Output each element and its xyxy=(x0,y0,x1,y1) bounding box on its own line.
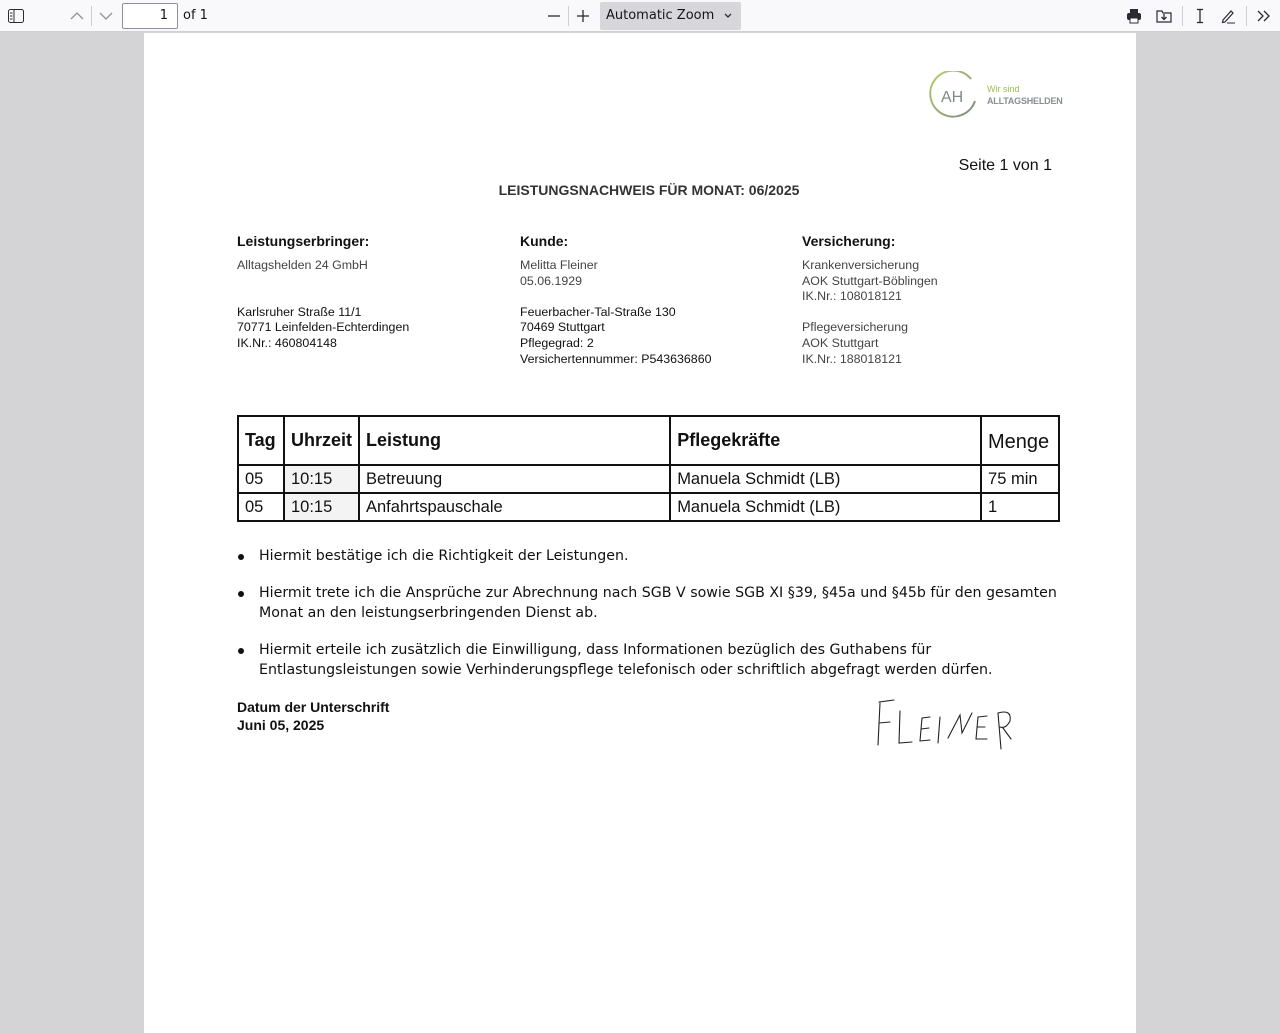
customer-name: Melitta Fleiner xyxy=(520,258,790,274)
care-insurance-name: AOK Stuttgart xyxy=(802,336,1072,352)
save-button[interactable] xyxy=(1150,3,1178,29)
pen-icon xyxy=(1220,8,1236,24)
statement-item: Hiermit trete ich die Ansprüche zur Abre… xyxy=(237,583,1067,623)
provider-city: 70771 Leinfelden-Echterdingen xyxy=(237,320,507,336)
column-header-pflegekraefte: Pflegekräfte xyxy=(670,416,981,465)
minus-icon xyxy=(547,9,561,23)
insurance-heading: Versicherung: xyxy=(802,233,1072,250)
provider-ik: IK.Nr.: 460804148 xyxy=(237,336,507,352)
plus-icon xyxy=(576,9,590,23)
provider-block: Leistungserbringer: Alltagshelden 24 Gmb… xyxy=(237,233,507,351)
customer-heading: Kunde: xyxy=(520,233,790,250)
chevron-up-icon xyxy=(70,11,84,21)
pdf-toolbar: 1 of 1 Automatic Zoom xyxy=(0,0,1280,32)
customer-care-level: Pflegegrad: 2 xyxy=(520,336,790,352)
zoom-select-value: Automatic Zoom xyxy=(606,8,714,23)
cell-leistung: Anfahrtspauschale xyxy=(359,493,670,521)
company-logo: AH Wir sind ALLTAGSHELDEN xyxy=(927,71,1067,121)
signature-date-block: Datum der Unterschrift Juni 05, 2025 xyxy=(237,698,389,734)
table-row: 05 10:15 Betreuung Manuela Schmidt (LB) … xyxy=(238,465,1059,493)
health-insurance-type: Krankenversicherung xyxy=(802,258,1072,274)
cell-leistung: Betreuung xyxy=(359,465,670,493)
services-table: Tag Uhrzeit Leistung Pflegekräfte Menge … xyxy=(237,415,1060,522)
cell-tag: 05 xyxy=(238,493,284,521)
cell-uhrzeit: 10:15 xyxy=(284,493,359,521)
table-header-row: Tag Uhrzeit Leistung Pflegekräfte Menge xyxy=(238,416,1059,465)
logo-mark-icon: AH xyxy=(927,71,983,121)
page-count-label: of 1 xyxy=(183,8,208,23)
pdf-page: AH Wir sind ALLTAGSHELDEN Seite 1 von 1 … xyxy=(144,33,1136,1024)
statement-item: Hiermit erteile ich zusätzlich die Einwi… xyxy=(237,640,1067,680)
sidebar-toggle-button[interactable] xyxy=(2,3,30,29)
zoom-out-button[interactable] xyxy=(540,3,568,29)
cell-pflegekraft: Manuela Schmidt (LB) xyxy=(670,465,981,493)
column-header-menge: Menge xyxy=(981,416,1059,465)
cell-tag: 05 xyxy=(238,465,284,493)
customer-block: Kunde: Melitta Fleiner 05.06.1929 Feuerb… xyxy=(520,233,790,367)
draw-button[interactable] xyxy=(1214,3,1242,29)
logo-name: ALLTAGSHELDEN xyxy=(987,95,1063,107)
sidebar-toggle-icon xyxy=(8,9,24,23)
cell-pflegekraft: Manuela Schmidt (LB) xyxy=(670,493,981,521)
printer-icon xyxy=(1126,8,1142,24)
care-insurance-ik: IK.Nr.: 188018121 xyxy=(802,352,1072,368)
print-button[interactable] xyxy=(1120,3,1148,29)
customer-insurance-number: Versichertennummer: P543636860 xyxy=(520,352,790,368)
signature-date-label: Datum der Unterschrift xyxy=(237,698,389,716)
document-title: LEISTUNGSNACHWEIS FÜR MONAT: 06/2025 xyxy=(144,182,1154,198)
customer-city: 70469 Stuttgart xyxy=(520,320,790,336)
statements-list: Hiermit bestätige ich die Richtigkeit de… xyxy=(237,546,1067,697)
logo-tagline: Wir sind xyxy=(987,83,1063,95)
provider-name: Alltagshelden 24 GmbH xyxy=(237,258,507,274)
insurance-block: Versicherung: Krankenversicherung AOK St… xyxy=(802,233,1072,367)
signature-date: Juni 05, 2025 xyxy=(237,716,389,734)
provider-heading: Leistungserbringer: xyxy=(237,233,507,250)
next-page-button[interactable] xyxy=(92,3,120,29)
tools-menu-button[interactable] xyxy=(1250,3,1278,29)
zoom-select[interactable]: Automatic Zoom xyxy=(600,2,741,30)
column-header-uhrzeit: Uhrzeit xyxy=(284,416,359,465)
column-header-leistung: Leistung xyxy=(359,416,670,465)
care-insurance-type: Pflegeversicherung xyxy=(802,320,1072,336)
customer-birthdate: 05.06.1929 xyxy=(520,274,790,290)
customer-street: Feuerbacher-Tal-Straße 130 xyxy=(520,305,790,321)
cell-uhrzeit: 10:15 xyxy=(284,465,359,493)
double-chevron-right-icon xyxy=(1256,9,1272,23)
download-icon xyxy=(1156,8,1172,24)
chevron-down-icon xyxy=(99,11,113,21)
provider-street: Karlsruher Straße 11/1 xyxy=(237,305,507,321)
zoom-in-button[interactable] xyxy=(569,3,597,29)
svg-text:AH: AH xyxy=(941,89,963,106)
table-row: 05 10:15 Anfahrtspauschale Manuela Schmi… xyxy=(238,493,1059,521)
page-number-input[interactable]: 1 xyxy=(122,3,178,29)
page-indicator: Seite 1 von 1 xyxy=(959,157,1052,175)
handwritten-signature: FLEINER xyxy=(874,693,1024,753)
text-cursor-icon xyxy=(1194,8,1206,24)
health-insurance-name: AOK Stuttgart-Böblingen xyxy=(802,274,1072,290)
column-header-tag: Tag xyxy=(238,416,284,465)
cell-menge: 75 min xyxy=(981,465,1059,493)
text-select-button[interactable] xyxy=(1186,3,1214,29)
previous-page-button[interactable] xyxy=(63,3,91,29)
statement-item: Hiermit bestätige ich die Richtigkeit de… xyxy=(237,546,1067,566)
health-insurance-ik: IK.Nr.: 108018121 xyxy=(802,289,1072,305)
cell-menge: 1 xyxy=(981,493,1059,521)
